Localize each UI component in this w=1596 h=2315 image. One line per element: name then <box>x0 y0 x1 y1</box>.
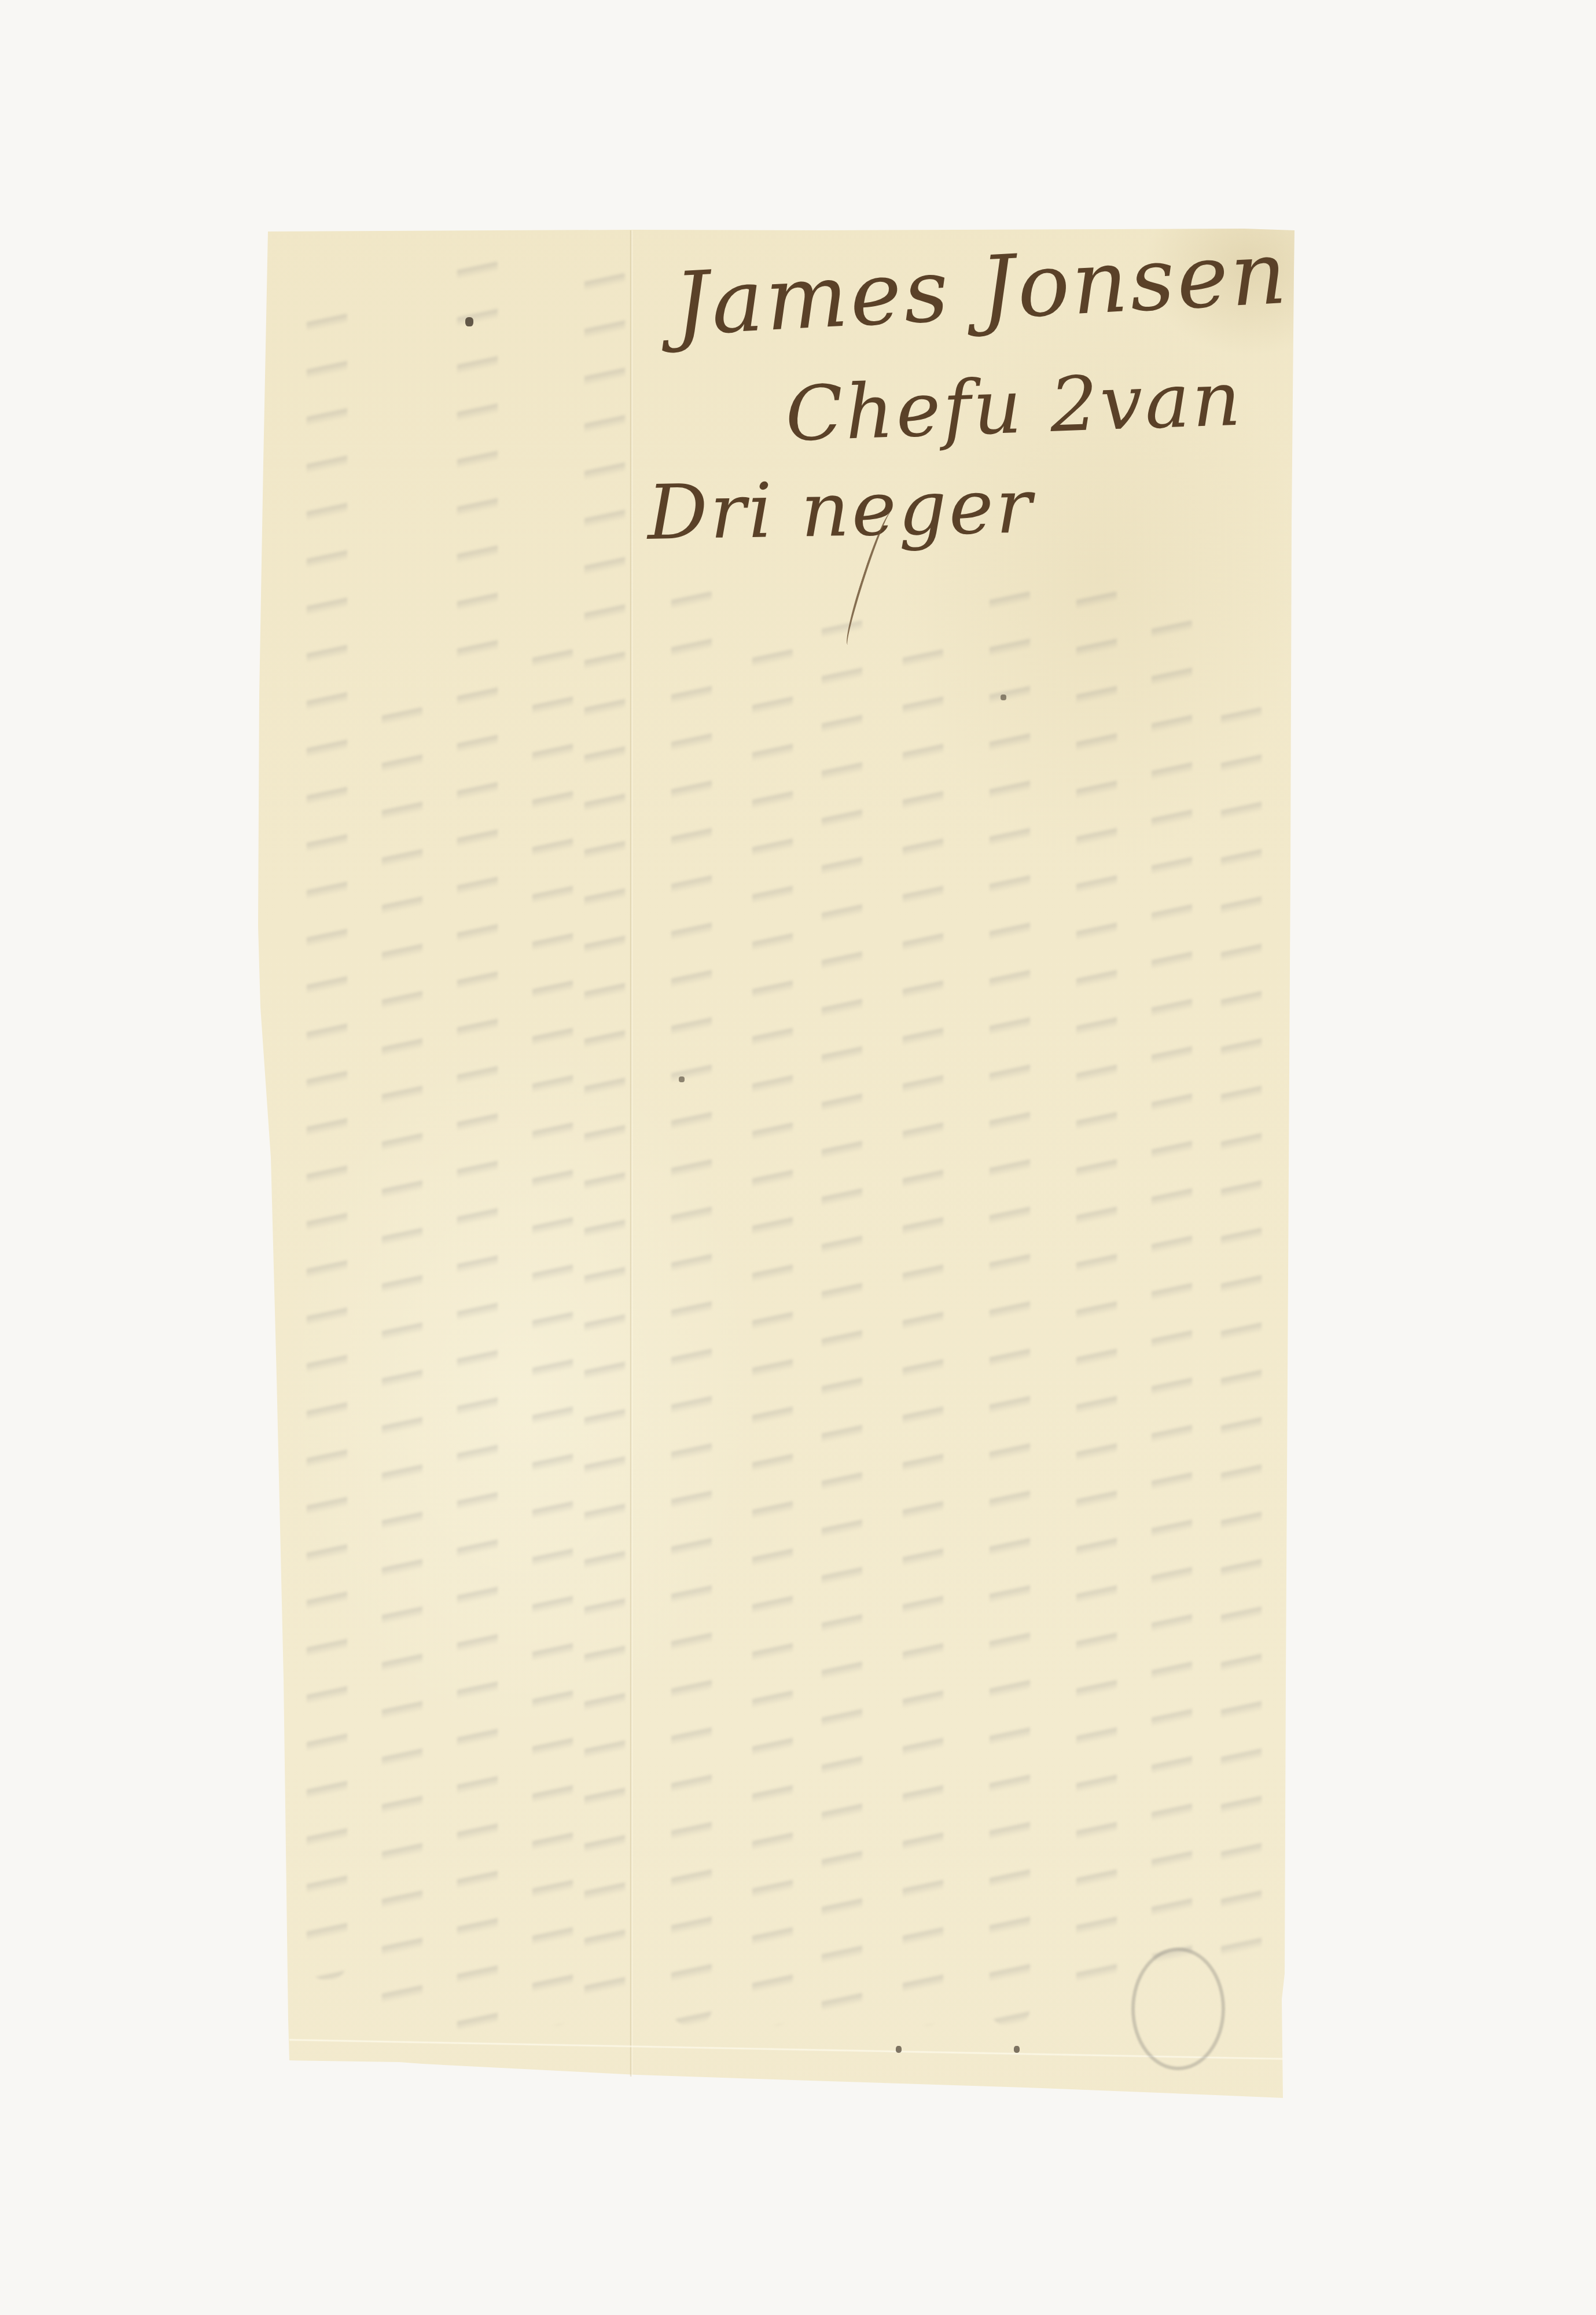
bleed-through-column <box>822 608 862 2026</box>
bleed-through-column <box>382 694 422 2026</box>
ink-spot <box>896 2046 902 2053</box>
bleed-through-column <box>752 637 793 2026</box>
bleed-through-column <box>903 637 943 2026</box>
bleed-through-column <box>307 301 347 1979</box>
ink-spot <box>465 317 473 326</box>
bleed-through-column <box>1152 608 1192 1968</box>
bleed-through-column <box>1221 694 1262 1968</box>
bleed-through-column <box>457 249 498 2043</box>
bleed-through-column <box>671 579 712 2026</box>
faint-circle-mark <box>1131 1947 1225 2070</box>
bleed-through-column <box>990 579 1030 2026</box>
bleed-through-column <box>1076 579 1117 1997</box>
ink-spot <box>1001 694 1006 700</box>
bleed-through-column <box>532 637 573 2026</box>
bleed-through-column <box>584 260 625 2026</box>
ink-spot <box>679 1076 685 1082</box>
ink-spot <box>1014 2046 1020 2053</box>
handwritten-line-2: Chefu 2van <box>784 354 1245 458</box>
handwritten-line-3: Dri neger <box>646 462 1035 557</box>
vertical-fold-crease <box>630 230 633 2077</box>
